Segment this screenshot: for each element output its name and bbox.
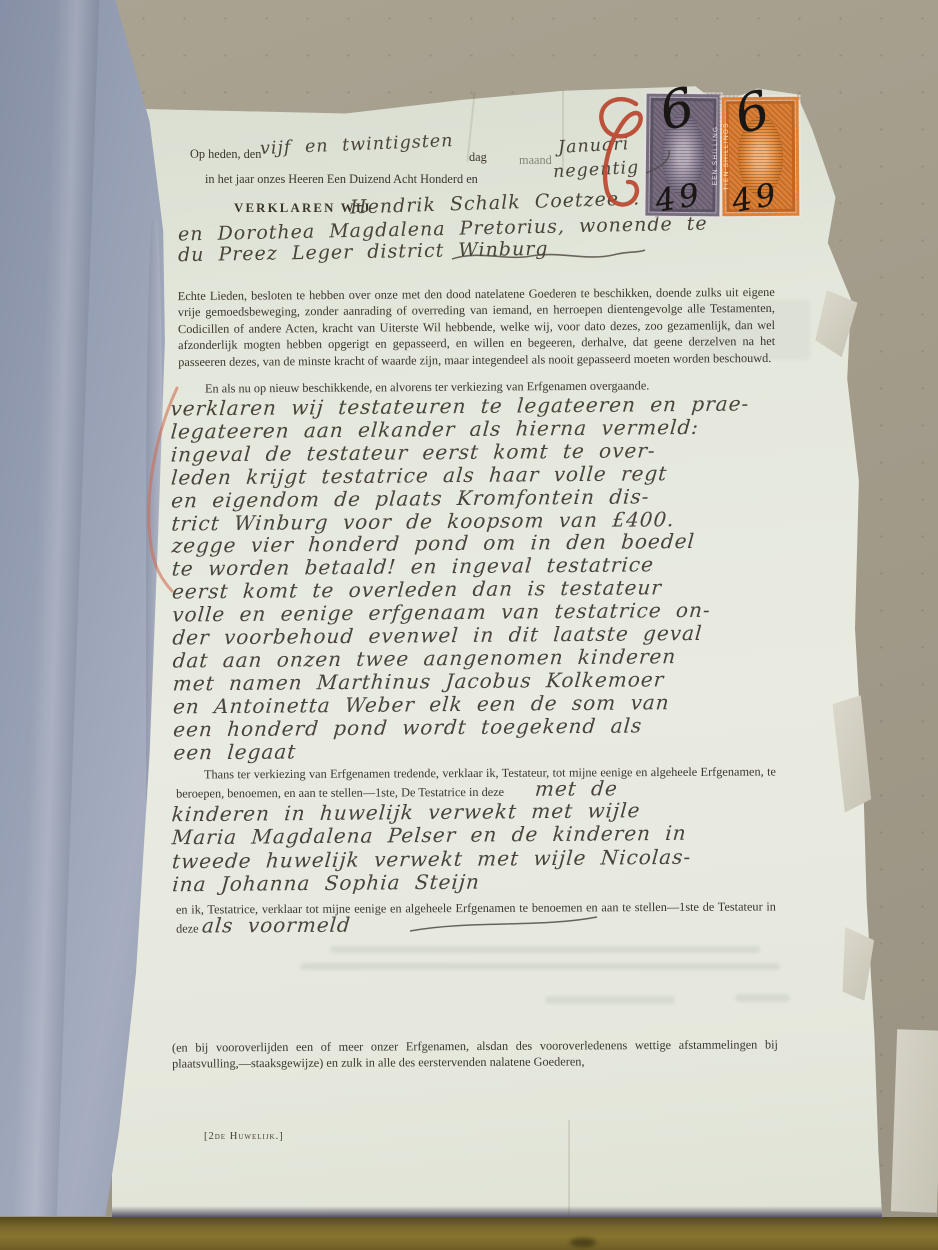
printed-year-line: in het jaar onzes Heeren Een Duizend Ach… [205, 171, 478, 187]
pen-cancellation-mark: 49 [653, 179, 705, 217]
show-through-text [545, 996, 675, 1004]
show-through-text [330, 946, 760, 953]
revenue-stamp-ten-shillings: TIEN SHILLINGS 6 49 [722, 97, 800, 217]
printed-maand: maand [519, 152, 552, 168]
handwritten-line: ina Johanna Sophia Steijn [171, 869, 692, 897]
handwritten-line: een legaat [173, 736, 754, 764]
underlying-paper-edge [891, 1029, 938, 1212]
show-through-text [735, 994, 790, 1002]
paper-crease [562, 90, 564, 170]
document-photo: Op heden, den vijf en twintigsten dag ma… [0, 0, 938, 1250]
page-bottom-shadow [112, 1206, 890, 1218]
printed-testator-text: Thans ter verkiezing van Erfgenamen tred… [176, 764, 776, 801]
printed-date-prefix: Op heden, den [190, 146, 261, 162]
handwritten-met-de: met de [507, 781, 619, 798]
stamp-denomination-label: EEN SHILLING [711, 102, 719, 208]
printed-dag: dag [469, 149, 487, 165]
stamp-denomination-label: TIEN SHILLINGS [723, 105, 731, 208]
handwritten-bequest-block: verklaren wij testateuren te legateeren … [170, 392, 752, 764]
paper-crease [568, 1120, 570, 1216]
desk-surface [0, 1217, 938, 1250]
printed-substitution-paragraph: (en bij vooroverlijden een of meer onzer… [172, 1036, 778, 1072]
printed-testatrix-paragraph: en ik, Testatrice, verklaar tot mijne ee… [176, 898, 776, 937]
printed-testator-paragraph: Thans ter verkiezing van Erfgenamen tred… [176, 763, 776, 802]
handwritten-month: Januari [558, 134, 630, 158]
pen-cancellation-mark: 49 [730, 179, 782, 218]
show-through-text [300, 963, 780, 970]
handwritten-als-voormeld: als voormeld [201, 917, 351, 934]
handwritten-testator-heirs-block: kinderen in huwelijk verwekt met wijle M… [172, 799, 692, 897]
footer-marginal-note: [2de Huwelijk.] [204, 1131, 284, 1142]
desk-stain [570, 1238, 596, 1247]
revenue-stamp-one-shilling: EEN SHILLING 6 49 [645, 94, 720, 217]
printed-revocation-paragraph: Echte Lieden, besloten te hebben over on… [178, 284, 776, 370]
